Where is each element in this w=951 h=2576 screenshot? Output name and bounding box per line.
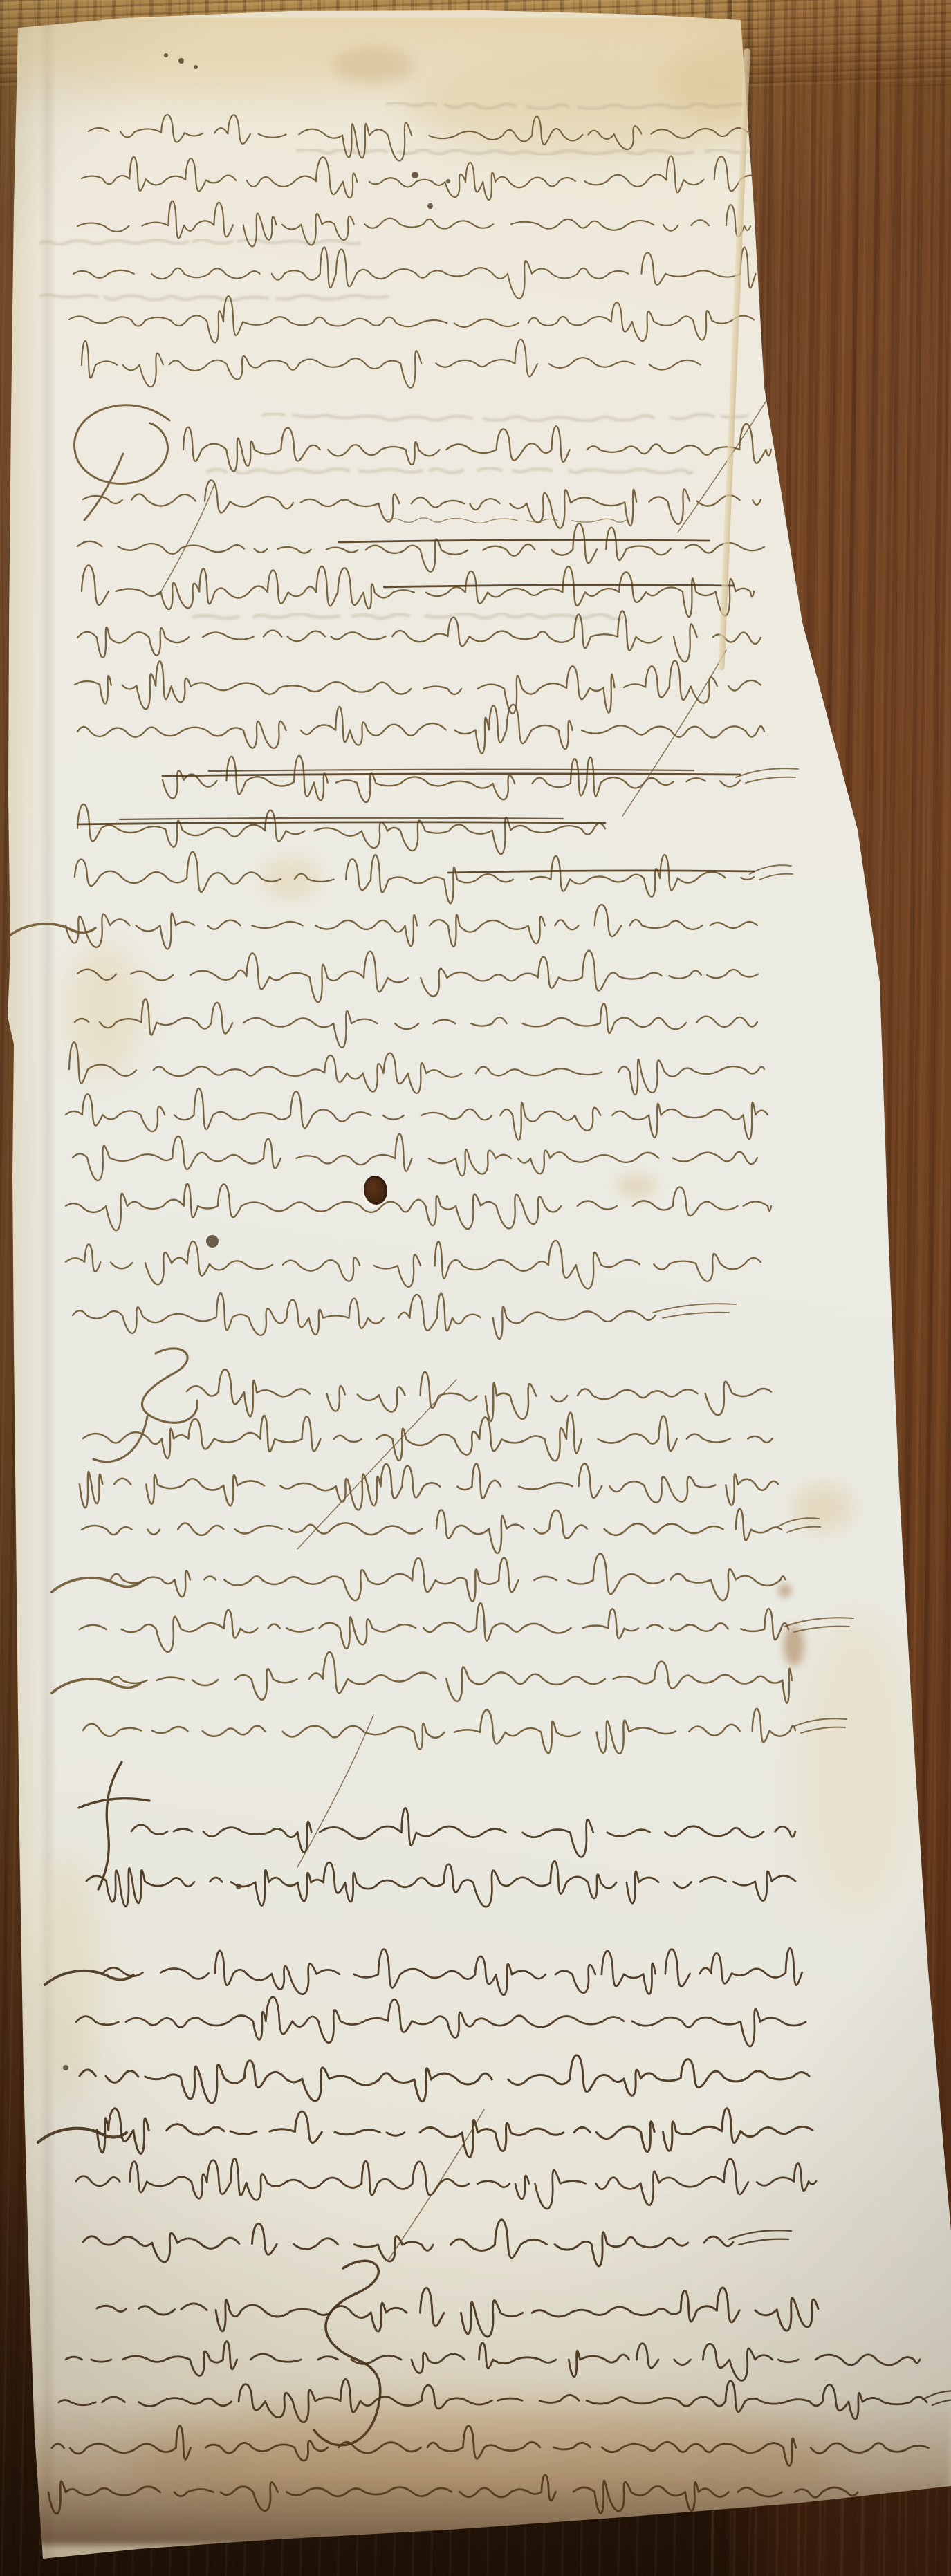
handwritten-stroke — [263, 414, 747, 421]
handwritten-stroke — [73, 1293, 655, 1340]
handwritten-stroke — [38, 2129, 127, 2142]
handwritten-stroke — [120, 818, 563, 819]
handwritten-stroke — [207, 468, 692, 474]
handwritten-stroke — [73, 1134, 757, 1180]
handwritten-stroke — [163, 774, 740, 776]
handwritten-stroke — [77, 822, 605, 824]
handwritten-stroke — [40, 239, 360, 245]
handwritten-stroke — [297, 1380, 456, 1549]
handwritten-stroke — [82, 565, 754, 617]
handwritten-stroke — [82, 156, 759, 200]
handwritten-stroke — [77, 201, 750, 247]
handwritten-stroke — [7, 924, 95, 938]
handwritten-stroke — [83, 480, 761, 528]
handwritten-stroke — [86, 1861, 795, 1907]
handwritten-stroke — [387, 518, 626, 523]
handwritten-stroke — [80, 1603, 788, 1652]
handwritten-stroke — [784, 1618, 853, 1632]
handwritten-stroke — [97, 2288, 818, 2337]
handwritten-stroke — [97, 2109, 813, 2158]
ink-speck — [63, 2065, 68, 2070]
handwritten-stroke — [387, 2109, 484, 2261]
handwritten-stroke — [75, 999, 757, 1048]
handwritten-stroke — [59, 2379, 927, 2422]
handwritten-stroke — [77, 523, 764, 572]
handwritten-stroke — [791, 1718, 847, 1733]
ink-speck — [427, 203, 433, 209]
handwritten-stroke — [187, 1369, 771, 1421]
ink-speck — [178, 58, 184, 64]
ink-speck — [236, 1884, 241, 1889]
handwritten-stroke — [387, 102, 775, 109]
handwritten-stroke — [111, 1652, 792, 1703]
handwritten-stroke — [66, 1088, 768, 1140]
handwritten-stroke — [76, 2158, 816, 2209]
handwritten-stroke — [77, 804, 605, 854]
manuscript-page — [0, 0, 951, 2576]
handwritten-stroke — [80, 1463, 778, 1510]
handwritten-stroke — [83, 1709, 795, 1754]
handwritten-stroke — [77, 611, 761, 662]
handwritten-stroke — [52, 2426, 928, 2466]
handwritten-stroke — [52, 1679, 140, 1693]
handwritten-stroke — [622, 650, 726, 816]
handwritten-stroke — [82, 340, 701, 388]
handwritten-stroke — [76, 1997, 806, 2046]
handwritten-stroke — [209, 770, 694, 771]
ink-speck — [446, 179, 450, 183]
ink-speck — [206, 1235, 219, 1248]
handwritten-stroke — [338, 540, 709, 542]
handwritten-stroke — [736, 768, 798, 783]
handwritten-stroke — [89, 115, 747, 160]
handwritten-stroke — [384, 585, 733, 587]
handwritten-stroke — [194, 613, 622, 619]
ink-speck — [412, 172, 418, 178]
handwritten-stroke — [104, 1948, 802, 1995]
handwritten-stroke — [69, 1042, 764, 1095]
handwritten-stroke — [77, 951, 758, 1003]
handwritten-stroke — [93, 1349, 197, 1462]
handwritten-stroke — [183, 424, 771, 472]
handwritten-stroke — [131, 1808, 795, 1857]
handwritten-stroke — [66, 1184, 771, 1230]
handwritten-stroke — [111, 1553, 785, 1601]
handwritten-stroke — [729, 2230, 791, 2245]
handwritten-stroke — [777, 1518, 820, 1532]
handwritten-stroke — [82, 1509, 782, 1553]
handwritten-stroke — [314, 2261, 380, 2445]
handwritten-stroke — [66, 2342, 920, 2381]
handwritten-stroke — [75, 405, 169, 520]
ink-speck — [164, 53, 168, 57]
handwritten-stroke — [653, 1304, 736, 1318]
handwritten-stroke — [297, 149, 761, 155]
handwritten-stroke — [83, 2220, 733, 2266]
handwritten-stroke — [69, 296, 754, 342]
ink-speck — [194, 65, 198, 69]
handwritten-stroke — [80, 2055, 809, 2103]
photo-of-manuscript — [0, 0, 951, 2576]
handwritten-stroke — [66, 905, 757, 949]
handwritten-stroke — [45, 1971, 133, 1985]
handwritten-stroke — [163, 756, 740, 802]
handwritten-stroke — [73, 247, 756, 298]
handwritten-stroke — [750, 865, 793, 880]
handwritten-stroke — [77, 705, 764, 754]
handwriting-ink-layer — [0, 0, 951, 2576]
handwritten-stroke — [66, 1241, 761, 1288]
handwritten-stroke — [75, 661, 761, 714]
handwritten-stroke — [75, 852, 754, 904]
handwritten-stroke — [48, 2475, 858, 2514]
handwritten-stroke — [52, 1578, 140, 1592]
handwritten-stroke — [40, 295, 387, 301]
